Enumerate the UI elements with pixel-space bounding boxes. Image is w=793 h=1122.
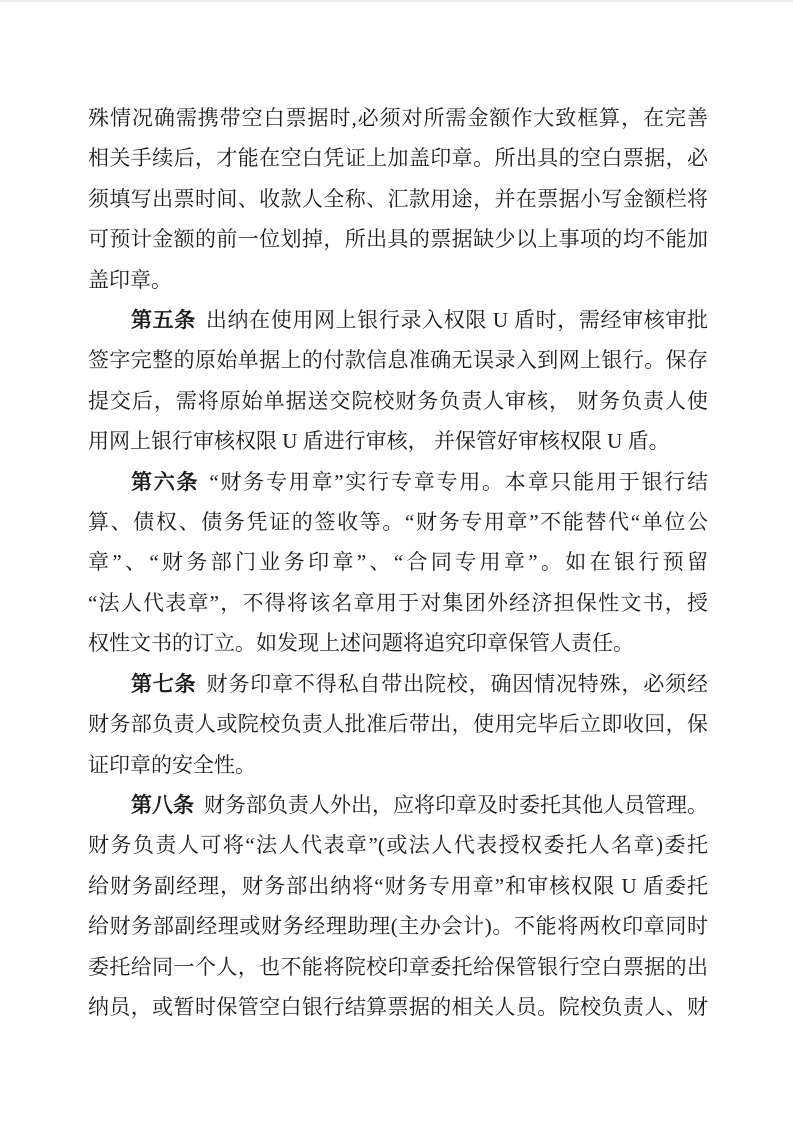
text-line: 签字完整的原始单据上的付款信息准确无误录入到网上银行。保存 [88,340,708,380]
text-line: 用网上银行审核权限 U 盾进行审核， 并保管好审核权限 U 盾。 [88,421,708,461]
text-line: 委托给同一个人，也不能将院校印章委托给保管银行空白票据的出 [88,947,708,987]
text-line: 第六条“财务专用章”实行专章专用。本章只能用于银行结 [88,462,708,502]
text-run: 财务印章不得私自带出院校，确因情况特殊，必须经 [207,672,708,696]
text-line: 可预计金额的前一位划掉，所出具的票据缺少以上事项的均不能加 [88,219,708,259]
text-line: 权性文书的订立。如发现上述问题将追究印章保管人责任。 [88,623,708,663]
paragraph-blank-instruments: 殊情况确需携带空白票据时,必须对所需金额作大致框算，在完善 相关手续后，才能在空… [88,98,708,300]
text-line: 殊情况确需携带空白票据时,必须对所需金额作大致框算，在完善 [88,98,708,138]
paragraph-article-5: 第五条出纳在使用网上银行录入权限 U 盾时，需经审核审批 签字完整的原始单据上的… [88,300,708,462]
text-line: 第八条财务部负责人外出，应将印章及时委托其他人员管理。 [88,785,708,825]
text-line: 相关手续后，才能在空白凭证上加盖印章。所出具的空白票据，必 [88,138,708,178]
text-line: 给财务副经理，财务部出纳将“财务专用章”和审核权限 U 盾委托 [88,866,708,906]
paragraph-article-6: 第六条“财务专用章”实行专章专用。本章只能用于银行结 算、债权、债务凭证的签收等… [88,462,708,664]
document-page: 殊情况确需携带空白票据时,必须对所需金额作大致框算，在完善 相关手续后，才能在空… [0,0,793,1122]
article-5-label: 第五条 [131,308,196,332]
text-line: 财务部负责人或院校负责人批准后带出，使用完毕后立即收回，保 [88,704,708,744]
text-line: 纳员，或暂时保管空白银行结算票据的相关人员。院校负责人、财 [88,987,708,1027]
paragraph-article-8: 第八条财务部负责人外出，应将印章及时委托其他人员管理。 财务负责人可将“法人代表… [88,785,708,1027]
text-line: 算、债权、债务凭证的签收等。“财务专用章”不能替代“单位公 [88,502,708,542]
article-7-label: 第七条 [131,672,197,696]
paragraph-article-7: 第七条财务印章不得私自带出院校，确因情况特殊，必须经 财务部负责人或院校负责人批… [88,664,708,785]
article-8-label: 第八条 [131,793,194,817]
text-line: “法人代表章”，不得将该名章用于对集团外经济担保性文书，授 [88,583,708,623]
text-line: 提交后，需将原始单据送交院校财务负责人审核， 财务负责人使 [88,381,708,421]
text-run: 财务部负责人外出，应将印章及时委托其他人员管理。 [204,793,708,817]
text-run: 出纳在使用网上银行录入权限 U 盾时，需经审核审批 [206,308,708,332]
text-line: 给财务部副经理或财务经理助理(主办会计)。不能将两枚印章同时 [88,906,708,946]
text-line: 财务负责人可将“法人代表章”(或法人代表授权委托人名章)委托 [88,825,708,865]
article-6-label: 第六条 [131,470,199,494]
text-line: 第五条出纳在使用网上银行录入权限 U 盾时，需经审核审批 [88,300,708,340]
text-line: 第七条财务印章不得私自带出院校，确因情况特殊，必须经 [88,664,708,704]
text-line: 须填写出票时间、收款人全称、汇款用途，并在票据小写金额栏将 [88,179,708,219]
text-line: 盖印章。 [88,260,708,300]
text-line: 证印章的安全性。 [88,745,708,785]
text-line: 章”、“财务部门业务印章”、“合同专用章”。如在银行预留 [88,542,708,582]
text-run: “财务专用章”实行专章专用。本章只能用于银行结 [209,470,708,494]
